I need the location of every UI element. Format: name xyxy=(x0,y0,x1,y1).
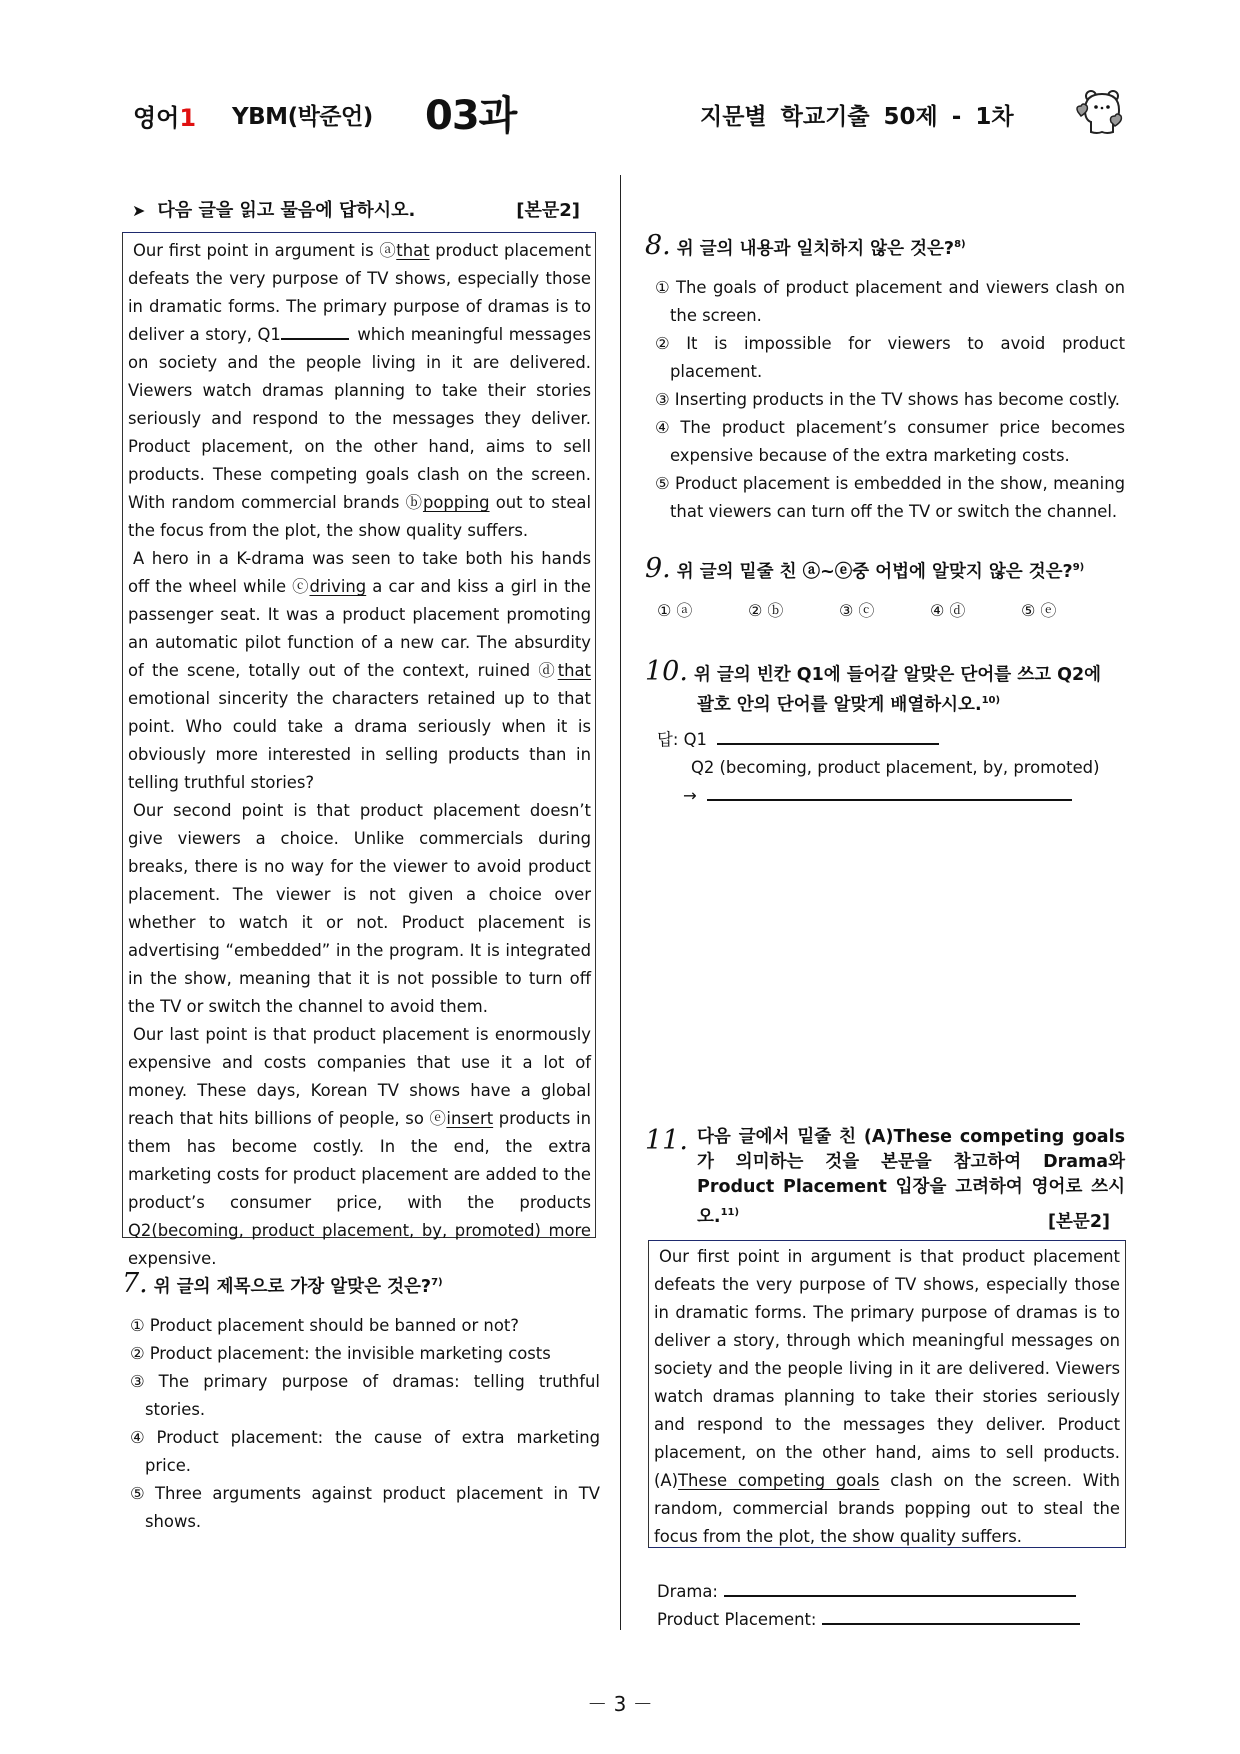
question-number: 10. xyxy=(645,656,688,687)
option-3[interactable]: ③ ⓒ xyxy=(839,598,930,621)
underlined-word-e: insert xyxy=(446,1109,493,1128)
option-text: Product placement should be banned or no… xyxy=(150,1316,519,1335)
footnote-marker: 11) xyxy=(721,1207,740,1218)
bear-with-hearts-icon xyxy=(1075,86,1127,138)
answer-label: 답: Q1 xyxy=(657,730,707,749)
reading-passage: Our first point in argument is ⓐthat pro… xyxy=(122,232,596,1238)
passage-reference: [본문2] xyxy=(1048,1208,1110,1233)
subject-text: 영어 xyxy=(133,104,179,132)
passage-text: Our first point in argument is xyxy=(133,241,379,260)
question-10-answer-area: 답: Q1 Q2 (becoming, product placement, b… xyxy=(657,726,1099,810)
option-2[interactable]: ②It is impossible for viewers to avoid p… xyxy=(655,330,1125,386)
question-number: 11. xyxy=(645,1125,688,1156)
passage-paragraph-1: Our first point in argument is ⓐthat pro… xyxy=(128,237,591,545)
option-1[interactable]: ① ⓐ xyxy=(657,598,748,621)
option-3[interactable]: ③Inserting products in the TV shows has … xyxy=(655,386,1125,414)
underlined-word-a: that xyxy=(396,241,429,260)
passage-text: Our first point in argument is that prod… xyxy=(654,1247,1120,1490)
option-marker: ② xyxy=(655,334,681,353)
question-9-options: ① ⓐ② ⓑ③ ⓒ④ ⓓ⑤ ⓔ xyxy=(657,598,1112,621)
passage-paragraph-2: A hero in a K-drama was seen to take bot… xyxy=(128,545,591,797)
option-text: The goals of product placement and viewe… xyxy=(670,278,1125,325)
q1-answer-line[interactable] xyxy=(717,729,939,745)
mark-b: ⓑ xyxy=(406,493,423,512)
mark-d: ⓓ xyxy=(538,661,557,680)
column-divider xyxy=(620,175,621,1630)
question-9-heading: 9.위 글의 밑줄 친 ⓐ~ⓔ중 어법에 알맞지 않은 것은?9) xyxy=(645,553,1084,584)
question-11-answer-area: Drama: Product Placement: xyxy=(657,1578,1080,1634)
option-marker: ① xyxy=(130,1316,145,1335)
product-placement-answer-line[interactable] xyxy=(822,1609,1080,1625)
option-4[interactable]: ④Product placement: the cause of extra m… xyxy=(130,1424,600,1480)
footnote-marker: 10) xyxy=(982,695,1001,706)
question-number: 8. xyxy=(645,230,671,261)
underlined-word-c: driving xyxy=(309,577,366,596)
option-text: The primary purpose of dramas: telling t… xyxy=(145,1372,600,1419)
option-marker: ⑤ xyxy=(130,1484,150,1503)
arrow-icon: → xyxy=(683,786,697,805)
q2-prompt: Q2 (becoming, product placement, by, pro… xyxy=(657,754,1099,782)
mark-c: ⓒ xyxy=(292,577,309,596)
page-number: － 3 － xyxy=(0,1688,1240,1717)
question-number: 9. xyxy=(645,553,671,584)
q1-blank xyxy=(281,322,349,340)
footnote-marker: 8) xyxy=(954,239,966,250)
option-5[interactable]: ⑤ ⓔ xyxy=(1021,598,1112,621)
passage-paragraph-4: Our last point is that product placement… xyxy=(128,1021,591,1273)
worksheet-title: 지문별 학교기출 50제 - 1차 xyxy=(700,98,1014,131)
q11-passage-paragraph: Our first point in argument is that prod… xyxy=(654,1243,1120,1551)
underlined-phrase-a: These competing goals xyxy=(678,1471,879,1490)
instruction: ➤다음 글을 읽고 물음에 답하시오. [본문2] xyxy=(132,196,580,222)
mark-a: ⓐ xyxy=(379,241,396,260)
question-7-options: ①Product placement should be banned or n… xyxy=(130,1312,600,1536)
option-marker: ④ xyxy=(655,418,675,437)
option-text: Product placement is embedded in the sho… xyxy=(670,474,1125,521)
option-marker: ⑤ xyxy=(655,474,670,493)
option-5[interactable]: ⑤Three arguments against product placeme… xyxy=(130,1480,600,1536)
option-text: Three arguments against product placemen… xyxy=(145,1484,600,1531)
subject-label: 영어1 xyxy=(133,98,196,133)
question-text-line1: 위 글의 빈칸 Q1에 들어갈 알맞은 단어를 쓰고 Q2에 xyxy=(694,665,1101,685)
option-2[interactable]: ② ⓑ xyxy=(748,598,839,621)
option-2[interactable]: ②Product placement: the invisible market… xyxy=(130,1340,600,1368)
passage-text: emotional sincerity the characters retai… xyxy=(128,689,591,792)
option-text: Inserting products in the TV shows has b… xyxy=(675,390,1120,409)
publisher-label: YBM(박준언) xyxy=(232,98,373,131)
option-5[interactable]: ⑤Product placement is embedded in the sh… xyxy=(655,470,1125,526)
option-text: Product placement: the cause of extra ma… xyxy=(145,1428,600,1475)
question-8-options: ①The goals of product placement and view… xyxy=(655,274,1125,526)
question-8-heading: 8.위 글의 내용과 일치하지 않은 것은?8) xyxy=(645,230,966,261)
arrow-icon: ➤ xyxy=(132,201,145,220)
product-placement-label: Product Placement: xyxy=(657,1610,816,1629)
option-marker: ① xyxy=(655,278,671,297)
option-marker: ③ xyxy=(130,1372,154,1391)
q11-passage: Our first point in argument is that prod… xyxy=(648,1240,1126,1548)
underlined-word-b: popping xyxy=(423,493,490,512)
subject-number: 1 xyxy=(179,104,196,132)
mark-e: ⓔ xyxy=(430,1109,447,1128)
question-7-heading: 7.위 글의 제목으로 가장 알맞은 것은?7) xyxy=(122,1268,443,1299)
lesson-label: 03과 xyxy=(425,84,516,141)
question-number: 7. xyxy=(122,1268,148,1299)
underlined-word-d: that xyxy=(558,661,591,680)
option-marker: ② xyxy=(130,1344,145,1363)
passage-reference: [본문2] xyxy=(516,196,580,222)
option-4[interactable]: ④ ⓓ xyxy=(930,598,1021,621)
option-text: It is impossible for viewers to avoid pr… xyxy=(670,334,1125,381)
footnote-marker: 7) xyxy=(431,1277,443,1288)
option-text: Product placement: the invisible marketi… xyxy=(150,1344,551,1363)
footnote-marker: 9) xyxy=(1073,562,1085,573)
drama-answer-line[interactable] xyxy=(724,1581,1076,1597)
passage-text: which meaningful messages on society and… xyxy=(128,325,591,512)
passage-paragraph-3: Our second point is that product placeme… xyxy=(128,797,591,1021)
question-10-heading: 10.위 글의 빈칸 Q1에 들어갈 알맞은 단어를 쓰고 Q2에 괄호 안의 … xyxy=(645,656,1125,716)
option-1[interactable]: ①Product placement should be banned or n… xyxy=(130,1312,600,1340)
option-marker: ④ xyxy=(130,1428,151,1447)
option-3[interactable]: ③The primary purpose of dramas: telling … xyxy=(130,1368,600,1424)
passage-text: products in them has become costly. In t… xyxy=(128,1109,591,1268)
option-text: The product placement’s consumer price b… xyxy=(670,418,1125,465)
question-text: 위 글의 밑줄 친 ⓐ~ⓔ중 어법에 알맞지 않은 것은? xyxy=(677,562,1073,582)
option-marker: ③ xyxy=(655,390,670,409)
option-1[interactable]: ①The goals of product placement and view… xyxy=(655,274,1125,330)
question-text: 위 글의 내용과 일치하지 않은 것은? xyxy=(677,239,954,259)
question-text: 위 글의 제목으로 가장 알맞은 것은? xyxy=(154,1277,431,1297)
instruction-text: 다음 글을 읽고 물음에 답하시오. xyxy=(157,200,415,221)
question-text-line2: 괄호 안의 단어를 알맞게 배열하시오. xyxy=(697,695,982,715)
drama-label: Drama: xyxy=(657,1582,718,1601)
q2-answer-line[interactable] xyxy=(707,785,1072,801)
option-4[interactable]: ④The product placement’s consumer price … xyxy=(655,414,1125,470)
